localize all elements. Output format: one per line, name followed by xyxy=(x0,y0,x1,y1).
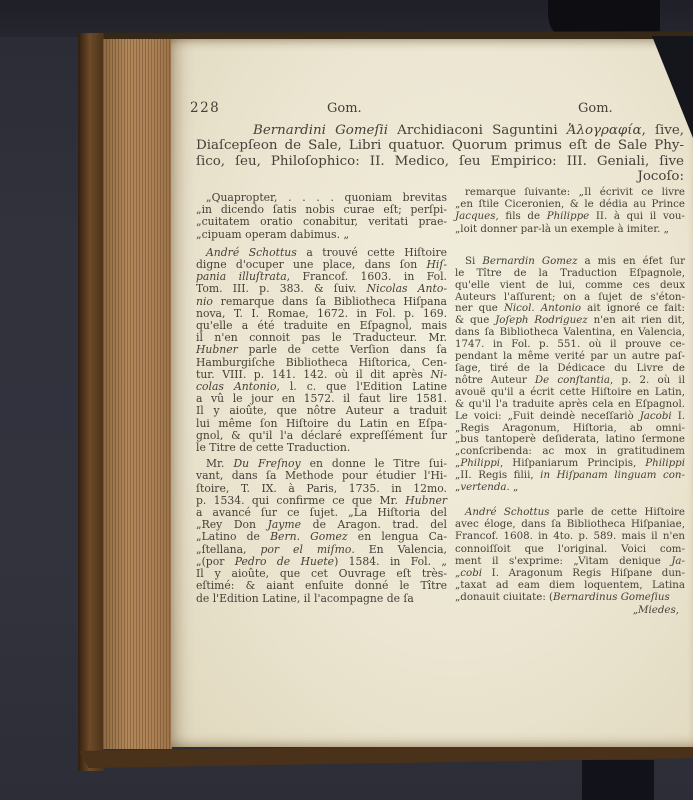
running-head-right: Gom. xyxy=(578,101,613,116)
paragraph-schottus-eloge: André Schottus parle de cette Hiſtoireav… xyxy=(455,506,685,604)
text-column-right: remarque ſuivante: „Il écrivit ce livre„… xyxy=(455,186,685,616)
paragraph-schottus: André Schottus a trouvé cette Hiſtoiredi… xyxy=(196,247,447,454)
page-number: 228 xyxy=(190,100,220,116)
catchword: „Miedes, xyxy=(455,604,685,616)
book-cover-edge xyxy=(78,33,104,771)
paragraph-remarque: remarque ſuivante: „Il écrivit ce livre„… xyxy=(455,186,685,235)
paragraph-bernardin: Si Bernardin Gomez a mis en éfet ſurle T… xyxy=(455,256,685,494)
paragraph-quote: „Quapropter, . . . . quoniam brevitas„in… xyxy=(196,192,447,241)
book-photo: 228 Gom. Gom. Bernardini Gomeſii Archidi… xyxy=(0,0,693,800)
chapter-heading: Bernardini Gomeſii Archidiaconi Saguntin… xyxy=(196,123,684,185)
book-stand-post xyxy=(582,760,654,800)
paragraph-dufresnoy: Mr. Du Freſnoy en donne le Titre ſui-van… xyxy=(196,458,447,604)
running-head-left: Gom. xyxy=(327,101,362,116)
book-fore-edge-pages xyxy=(103,39,172,749)
text-column-left: „Quapropter, . . . . quoniam brevitas„in… xyxy=(196,192,447,605)
